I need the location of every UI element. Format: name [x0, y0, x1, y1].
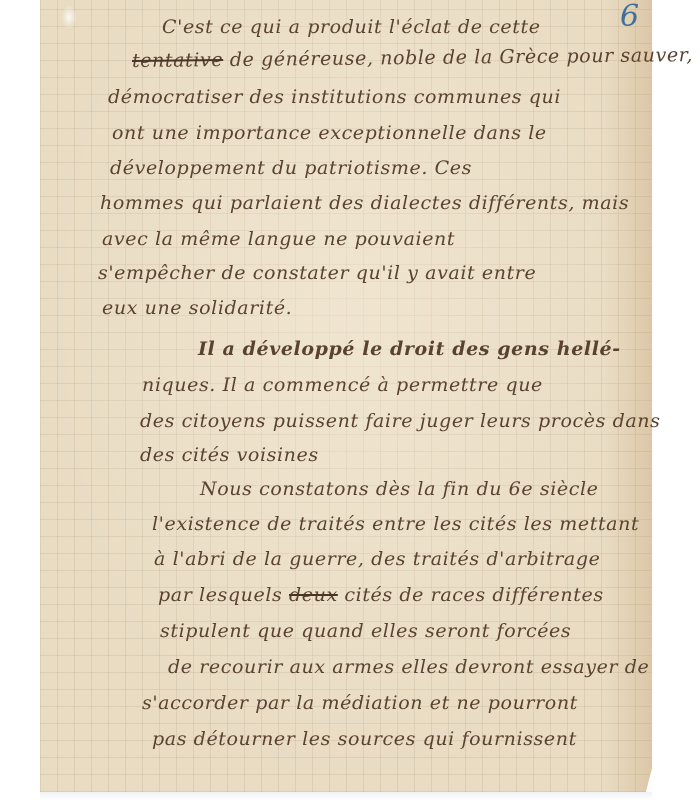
paper-bottom-edge [40, 792, 652, 800]
scan-viewport: 6 C'est ce qui a produit l'éclat de cett… [0, 0, 700, 800]
manuscript-line-12: des citoyens puissent faire juger leurs … [140, 410, 660, 432]
manuscript-line-16: à l'abri de la guerre, des traités d'arb… [154, 548, 600, 570]
struck-word: tentative [132, 49, 223, 72]
manuscript-line-21: pas détourner les sources qui fournissen… [152, 728, 577, 750]
manuscript-line-3: démocratiser des institutions communes q… [108, 86, 561, 108]
manuscript-line-8: s'empêcher de constater qu'il y avait en… [98, 262, 536, 284]
manuscript-line-10: Il a développé le droit des gens hellé- [198, 338, 621, 360]
manuscript-line-17: par lesquels deux cités de races différe… [158, 584, 604, 606]
manuscript-line-11: niques. Il a commencé à permettre que [142, 374, 543, 396]
manuscript-line-1: C'est ce qui a produit l'éclat de cette [162, 16, 541, 38]
manuscript-line-19: de recourir aux armes elles devront essa… [168, 656, 649, 678]
manuscript-line-9: eux une solidarité. [102, 297, 292, 319]
manuscript-line-2: tentative de généreuse, noble de la Grèc… [132, 44, 693, 72]
struck-word: deux [289, 584, 338, 606]
manuscript-line-6: hommes qui parlaient des dialectes diffé… [100, 192, 629, 214]
manuscript-line-5: développement du patriotisme. Ces [110, 157, 472, 179]
handwritten-text-block: C'est ce qui a produit l'éclat de cette … [40, 0, 652, 792]
manuscript-line-4: ont une importance exceptionnelle dans l… [112, 122, 547, 144]
manuscript-line-18: stipulent que quand elles seront forcées [160, 620, 571, 642]
manuscript-line-13: des cités voisines [140, 444, 319, 466]
manuscript-line-15: l'existence de traités entre les cités l… [152, 513, 639, 535]
manuscript-line-7: avec la même langue ne pouvaient [102, 228, 455, 250]
manuscript-line-20: s'accorder par la médiation et ne pourro… [142, 692, 578, 714]
manuscript-line-14: Nous constatons dès la fin du 6e siècle [200, 478, 599, 500]
